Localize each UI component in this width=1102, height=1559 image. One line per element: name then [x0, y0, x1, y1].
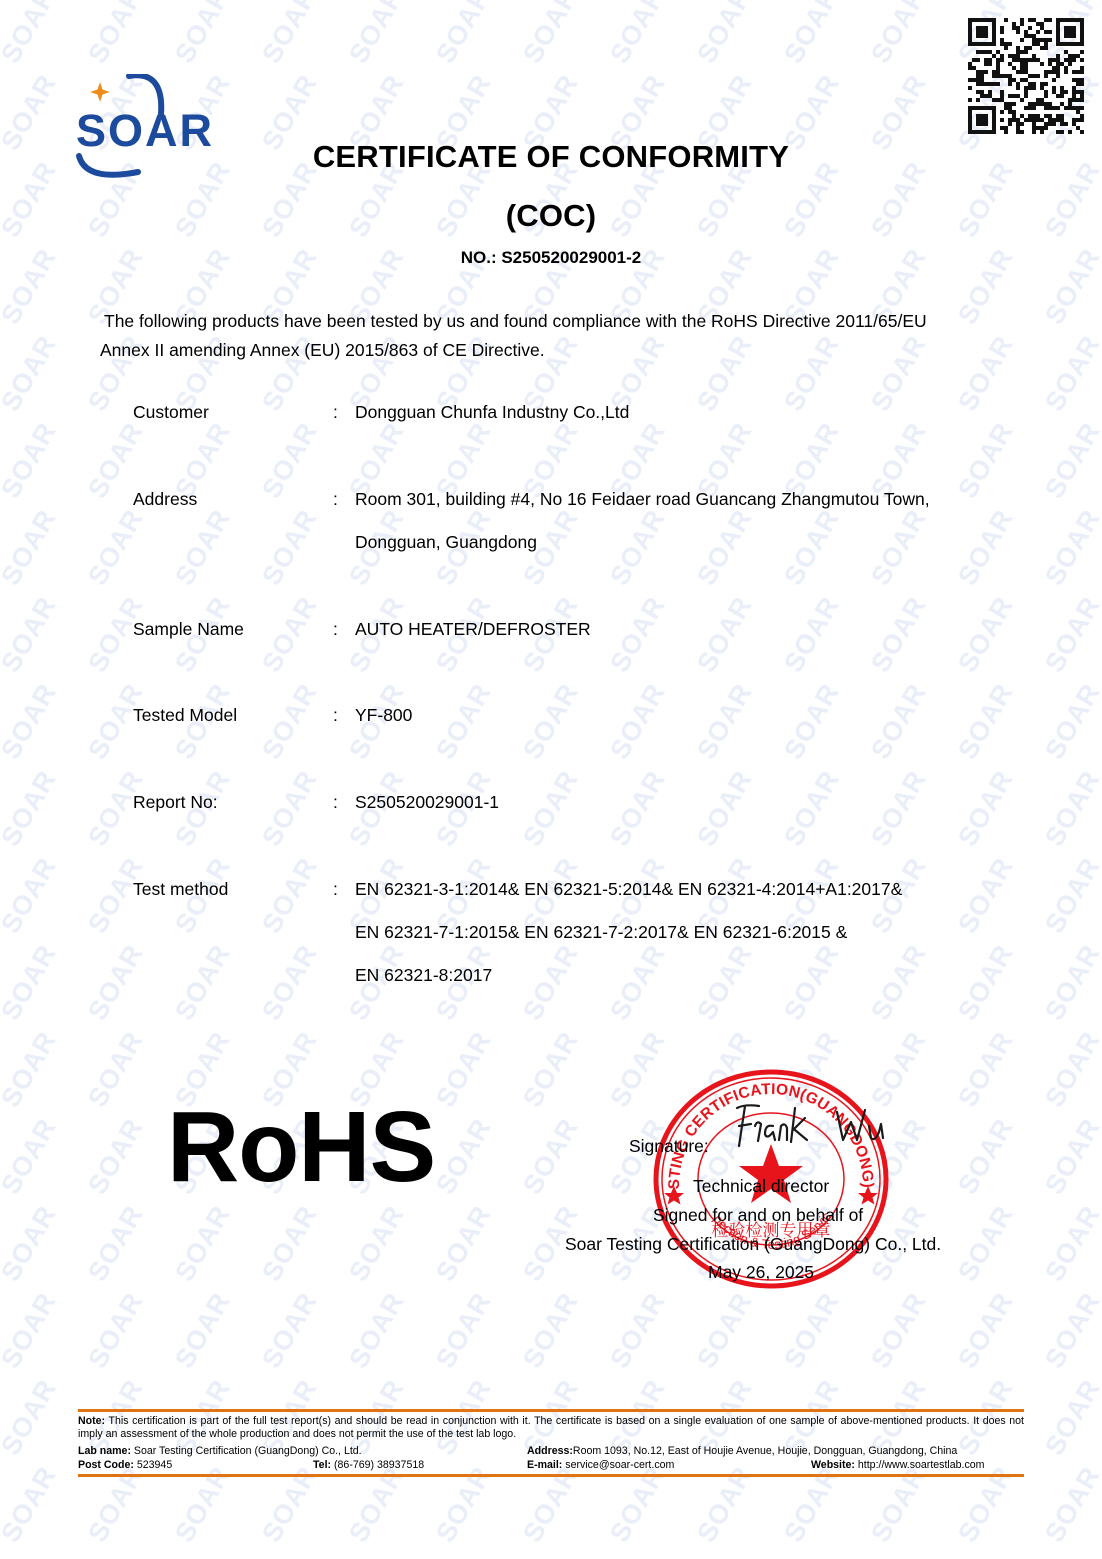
watermark-text: SOAR: [604, 0, 672, 69]
post-code-label: Post Code:: [78, 1459, 134, 1471]
tested-model-label: Tested Model: [133, 705, 237, 726]
watermark-text: SOAR: [169, 504, 237, 591]
sample-name-label: Sample Name: [133, 619, 244, 640]
customer-value: Dongguan Chunfa Industny Co.,Ltd: [355, 391, 995, 434]
watermark-text: SOAR: [343, 1200, 411, 1287]
watermark-text: SOAR: [1039, 765, 1102, 852]
watermark-text: SOAR: [256, 678, 324, 765]
note-label: Note:: [78, 1415, 105, 1427]
watermark-text: SOAR: [0, 0, 63, 69]
test-method-colon: :: [333, 879, 338, 900]
watermark-text: SOAR: [256, 1200, 324, 1287]
website-label: Website:: [811, 1459, 855, 1471]
watermark-text: SOAR: [0, 330, 63, 417]
address-colon: :: [333, 489, 338, 510]
watermark-text: SOAR: [604, 1287, 672, 1374]
tested-model-value: YF-800: [355, 694, 995, 737]
watermark-text: SOAR: [343, 0, 411, 69]
watermark-text: SOAR: [1039, 1113, 1102, 1200]
watermark-text: SOAR: [82, 1113, 150, 1200]
intro-paragraph: The following products have been tested …: [100, 307, 1000, 365]
telephone: Tel: (86-769) 38937518: [313, 1458, 424, 1472]
watermark-text: SOAR: [256, 417, 324, 504]
watermark-text: SOAR: [0, 852, 63, 939]
sample-name-value: AUTO HEATER/DEFROSTER: [355, 608, 995, 651]
post-code-value: 523945: [134, 1459, 172, 1471]
watermark-text: SOAR: [82, 1026, 150, 1113]
watermark-text: SOAR: [0, 417, 63, 504]
report-no-label: Report No:: [133, 792, 218, 813]
customer-colon: :: [333, 402, 338, 423]
sample-name-colon: :: [333, 619, 338, 640]
test-method-value: EN 62321-3-1:2014& EN 62321-5:2014& EN 6…: [355, 868, 995, 997]
watermark-text: SOAR: [430, 1287, 498, 1374]
test-method-value-line-3: EN 62321-8:2017: [355, 954, 995, 997]
watermark-text: SOAR: [0, 504, 63, 591]
watermark-text: SOAR: [0, 765, 63, 852]
tested-model-value-line: YF-800: [355, 694, 995, 737]
test-method-value-line-2: EN 62321-7-1:2015& EN 62321-7-2:2017& EN…: [355, 911, 995, 954]
watermark-text: SOAR: [865, 0, 933, 69]
test-method-value-line-1: EN 62321-3-1:2014& EN 62321-5:2014& EN 6…: [355, 868, 995, 911]
watermark-text: SOAR: [82, 0, 150, 69]
qr-code[interactable]: [968, 18, 1084, 134]
website: Website: http://www.soartestlab.com: [811, 1458, 984, 1472]
address-value-line-2: Dongguan, Guangdong: [355, 521, 995, 564]
watermark-text: SOAR: [952, 1113, 1020, 1200]
watermark-text: SOAR: [430, 0, 498, 69]
tel-value: (86-769) 38937518: [331, 1459, 424, 1471]
logo-star-icon: [90, 82, 110, 102]
footer-contact-grid: Lab name: Soar Testing Certification (Gu…: [78, 1442, 1024, 1474]
watermark-text: SOAR: [952, 1287, 1020, 1374]
watermark-text: SOAR: [343, 1287, 411, 1374]
watermark-text: SOAR: [1039, 591, 1102, 678]
watermark-text: SOAR: [0, 1113, 63, 1200]
watermark-text: SOAR: [517, 0, 585, 69]
watermark-text: SOAR: [865, 1287, 933, 1374]
watermark-text: SOAR: [82, 939, 150, 1026]
watermark-text: SOAR: [0, 1026, 63, 1113]
address-value-line-1: Room 301, building #4, No 16 Feidaer roa…: [355, 478, 995, 521]
post-code: Post Code: 523945: [78, 1458, 172, 1472]
watermark-text: SOAR: [517, 1026, 585, 1113]
watermark-text: SOAR: [256, 852, 324, 939]
customer-value-line: Dongguan Chunfa Industny Co.,Ltd: [355, 391, 995, 434]
customer-label: Customer: [133, 402, 209, 423]
watermark-text: SOAR: [778, 1287, 846, 1374]
note-text: This certification is part of the full t…: [78, 1415, 1024, 1440]
watermark-text: SOAR: [1039, 417, 1102, 504]
lab-name: Lab name: Soar Testing Certification (Gu…: [78, 1444, 362, 1458]
watermark-text: SOAR: [778, 0, 846, 69]
signature-label: Signature:: [629, 1136, 709, 1157]
signatory-role: Technical director: [693, 1176, 829, 1197]
intro-line-1: The following products have been tested …: [100, 307, 1000, 336]
watermark-text: SOAR: [1039, 852, 1102, 939]
watermark-text: SOAR: [1039, 1461, 1102, 1548]
watermark-text: SOAR: [691, 0, 759, 69]
watermark-text: SOAR: [256, 591, 324, 678]
watermark-text: SOAR: [82, 1287, 150, 1374]
watermark-text: SOAR: [0, 939, 63, 1026]
test-method-label: Test method: [133, 879, 228, 900]
watermark-text: SOAR: [517, 1113, 585, 1200]
watermark-text: SOAR: [430, 1026, 498, 1113]
stamp-small-star-right-icon: [858, 1186, 878, 1205]
watermark-text: SOAR: [952, 1200, 1020, 1287]
watermark-text: SOAR: [430, 1113, 498, 1200]
footer: Note: This certification is part of the …: [78, 1409, 1024, 1477]
handwritten-signature: [725, 1096, 895, 1156]
website-link[interactable]: http://www.soartestlab.com: [855, 1459, 985, 1471]
certificate-number: NO.: S250520029001-2: [0, 248, 1102, 268]
certificate-subtitle: (COC): [0, 198, 1102, 234]
watermark-text: SOAR: [517, 1287, 585, 1374]
watermark-text: SOAR: [1039, 1200, 1102, 1287]
watermark-text: SOAR: [430, 1200, 498, 1287]
watermark-text: SOAR: [0, 678, 63, 765]
watermark-text: SOAR: [256, 1287, 324, 1374]
watermark-text: SOAR: [691, 1287, 759, 1374]
watermark-text: SOAR: [1039, 1374, 1102, 1461]
lab-name-label: Lab name:: [78, 1445, 131, 1457]
watermark-text: SOAR: [169, 0, 237, 69]
email-link[interactable]: service@soar-cert.com: [562, 1459, 674, 1471]
email: E-mail: service@soar-cert.com: [527, 1458, 674, 1472]
watermark-text: SOAR: [0, 1461, 63, 1548]
tel-label: Tel:: [313, 1459, 331, 1471]
watermark-text: SOAR: [169, 939, 237, 1026]
report-no-value-line: S250520029001-1: [355, 781, 995, 824]
signing-company: Soar Testing Certification (GuangDong) C…: [565, 1234, 941, 1255]
report-no-value: S250520029001-1: [355, 781, 995, 824]
footer-note: Note: This certification is part of the …: [78, 1412, 1024, 1442]
signing-date: May 26, 2025: [708, 1262, 814, 1283]
sample-name-value-line: AUTO HEATER/DEFROSTER: [355, 608, 995, 651]
watermark-text: SOAR: [952, 1026, 1020, 1113]
certificate-title: CERTIFICATE OF CONFORMITY: [0, 139, 1102, 175]
intro-line-2: Annex II amending Annex (EU) 2015/863 of…: [100, 336, 1000, 365]
watermark-text: SOAR: [0, 1374, 63, 1461]
watermark-text: SOAR: [1039, 1026, 1102, 1113]
watermark-text: SOAR: [1039, 504, 1102, 591]
watermark-text: SOAR: [0, 1200, 63, 1287]
watermark-text: SOAR: [0, 1287, 63, 1374]
watermark-text: SOAR: [82, 1200, 150, 1287]
watermark-text: SOAR: [0, 591, 63, 678]
report-no-colon: :: [333, 792, 338, 813]
address-label: Address: [133, 489, 197, 510]
watermark-text: SOAR: [1039, 939, 1102, 1026]
watermark-text: SOAR: [256, 765, 324, 852]
watermark-text: SOAR: [256, 504, 324, 591]
watermark-text: SOAR: [256, 939, 324, 1026]
email-label: E-mail:: [527, 1459, 562, 1471]
footer-bottom-rule: [78, 1474, 1024, 1477]
lab-address-value: Room 1093, No.12, East of Houjie Avenue,…: [573, 1445, 957, 1457]
watermark-text: SOAR: [256, 0, 324, 69]
lab-address: Address:Room 1093, No.12, East of Houjie…: [527, 1444, 957, 1458]
signed-for-text: Signed for and on behalf of: [653, 1205, 863, 1226]
watermark-text: SOAR: [82, 504, 150, 591]
rohs-mark: RoHS: [167, 1090, 435, 1205]
address-value: Room 301, building #4, No 16 Feidaer roa…: [355, 478, 995, 564]
watermark-text: SOAR: [1039, 330, 1102, 417]
watermark-text: SOAR: [169, 1287, 237, 1374]
watermark-text: SOAR: [169, 1200, 237, 1287]
lab-name-value: Soar Testing Certification (GuangDong) C…: [131, 1445, 362, 1457]
tested-model-colon: :: [333, 705, 338, 726]
watermark-text: SOAR: [1039, 678, 1102, 765]
watermark-text: SOAR: [1039, 1287, 1102, 1374]
lab-address-label: Address:: [527, 1445, 573, 1457]
